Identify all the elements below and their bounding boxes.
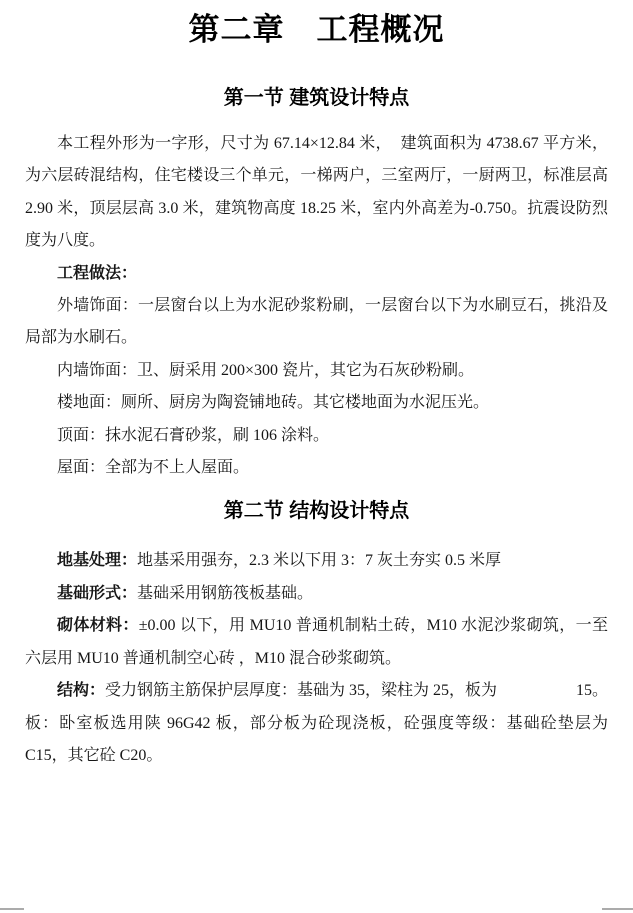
page-corner-mark-left (0, 908, 24, 910)
foundation-type-text: 基础采用钢筋筏板基础。 (137, 585, 313, 602)
masonry-material-label: 砌体材料： (57, 617, 139, 634)
intro-paragraph: 本工程外形为一字形，尺寸为 67.14×12.84 米， 建筑面积为 4738.… (25, 128, 608, 258)
structure-text: 受力钢筋主筋保护层厚度：基础为 35，梁柱为 25，板为 (105, 682, 497, 699)
structure-item: 结构：受力钢筋主筋保护层厚度：基础为 35，梁柱为 25，板为 15。 (25, 675, 608, 707)
foundation-type-item: 基础形式：基础采用钢筋筏板基础。 (25, 578, 608, 610)
structure-label: 结构： (57, 682, 105, 699)
slab-item: 板：卧室板选用陕 96G42 板，部分板为砼现浇板，砼强度等级：基础砼垫层为 C… (25, 708, 608, 773)
document-body: 第二章 工程概况 第一节 建筑设计特点 本工程外形为一字形，尺寸为 67.14×… (0, 0, 633, 772)
floor-finish-item: 楼地面：厕所、厨房为陶瓷铺地砖。其它楼地面为水泥压光。 (25, 387, 608, 419)
roof-item: 屋面：全部为不上人屋面。 (25, 452, 608, 484)
exterior-wall-finish-item: 外墙饰面：一层窗台以上为水泥砂浆粉刷，一层窗台以下为水刷豆石，挑沿及局部为水刷石… (25, 290, 608, 355)
page-corner-mark-right (602, 908, 633, 910)
foundation-treatment-text: 地基采用强夯，2.3 米以下用 3：7 灰土夯实 0.5 米厚 (137, 552, 501, 569)
foundation-treatment-label: 地基处理： (57, 552, 137, 569)
structure-item-left: 结构：受力钢筋主筋保护层厚度：基础为 35，梁柱为 25，板为 (25, 675, 497, 707)
section-1-heading: 第一节 建筑设计特点 (25, 86, 608, 111)
document-page: 第二章 工程概况 第一节 建筑设计特点 本工程外形为一字形，尺寸为 67.14×… (0, 0, 633, 913)
interior-wall-finish-item: 内墙饰面：卫、厨采用 200×300 瓷片，其它为石灰砂粉刷。 (25, 355, 608, 387)
chapter-title: 第二章 工程概况 (25, 10, 608, 50)
foundation-type-label: 基础形式： (57, 585, 137, 602)
foundation-treatment-item: 地基处理：地基采用强夯，2.3 米以下用 3：7 灰土夯实 0.5 米厚 (25, 545, 608, 577)
ceiling-finish-item: 顶面：抹水泥石膏砂浆，刷 106 涂料。 (25, 420, 608, 452)
structure-item-right-value: 15。 (544, 675, 608, 707)
section-2-heading: 第二节 结构设计特点 (25, 499, 608, 524)
practice-label: 工程做法： (25, 258, 608, 290)
masonry-material-item: 砌体材料：±0.00 以下，用 MU10 普通机制粘土砖，M10 水泥沙浆砌筑，… (25, 610, 608, 675)
